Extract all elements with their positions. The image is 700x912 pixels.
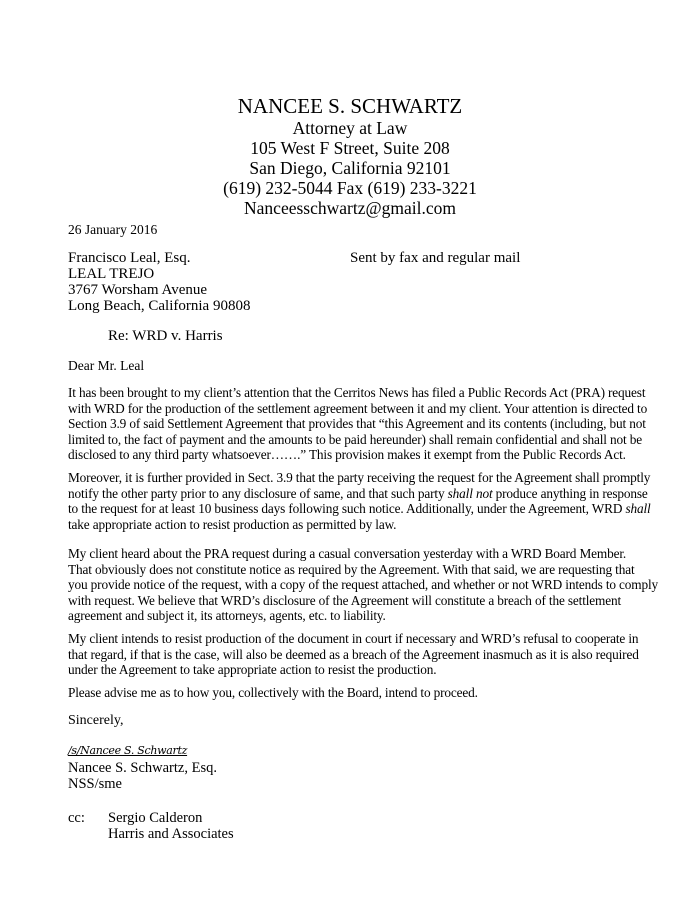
paragraph-line: take appropriate action to resist produc… (68, 517, 653, 533)
address-line-1: 105 West F Street, Suite 208 (0, 138, 700, 158)
paragraph-line: to the request for at least 10 business … (68, 501, 653, 517)
paragraph-line: agreement and subject it, its attorneys,… (68, 608, 653, 624)
paragraph-2: Moreover, it is further provided in Sect… (68, 470, 653, 532)
paragraph-line: My client intends to resist production o… (68, 631, 653, 647)
recipient-city: Long Beach, California 90808 (68, 298, 250, 314)
address-line-2: San Diego, California 92101 (0, 158, 700, 178)
paragraph-line: with request. We believe that WRD’s disc… (68, 593, 653, 609)
paragraph-line: Please advise me as to how you, collecti… (68, 685, 653, 701)
paragraph-line: that regard, if that is the case, will a… (68, 647, 653, 663)
letter-date: 26 January 2016 (68, 222, 157, 238)
text-run: notify the other party prior to any disc… (68, 486, 448, 501)
signature-block: Nancee S. Schwartz, Esq. NSS/sme (68, 760, 217, 792)
emphasis-shall-not: shall not (448, 486, 493, 501)
letterhead: NANCEE S. SCHWARTZ Attorney at Law 105 W… (0, 94, 700, 218)
cc-recipient: Harris and Associates (108, 826, 234, 842)
signature: /s/Nancee S. Schwartz (68, 744, 187, 757)
paragraph-1: It has been brought to my client’s atten… (68, 385, 653, 463)
paragraph-line: with WRD for the production of the settl… (68, 401, 653, 417)
closing: Sincerely, (68, 713, 123, 729)
paragraph-line: Section 3.9 of said Settlement Agreement… (68, 416, 653, 432)
phone-fax: (619) 232-5044 Fax (619) 233-3221 (0, 178, 700, 198)
recipient-address: Francisco Leal, Esq. LEAL TREJO 3767 Wor… (68, 250, 250, 314)
paragraph-line: under the Agreement to take appropriate … (68, 662, 653, 678)
paragraph-line: My client heard about the PRA request du… (68, 546, 653, 562)
paragraph-line: limited to, the fact of payment and the … (68, 432, 653, 448)
paragraph-5: Please advise me as to how you, collecti… (68, 685, 653, 701)
paragraph-line: Moreover, it is further provided in Sect… (68, 470, 653, 486)
delivery-method: Sent by fax and regular mail (350, 250, 520, 266)
text-run: to the request for at least 10 business … (68, 501, 625, 516)
email: Nanceesschwartz@gmail.com (0, 198, 700, 218)
cc-recipient: Sergio Calderon (108, 810, 234, 826)
cc-label: cc: (68, 810, 85, 827)
recipient-firm: LEAL TREJO (68, 266, 250, 282)
attorney-name: NANCEE S. SCHWARTZ (0, 94, 700, 118)
paragraph-line: disclosed to any third party whatsoever…… (68, 447, 653, 463)
recipient-street: 3767 Worsham Avenue (68, 282, 250, 298)
paragraph-3: My client heard about the PRA request du… (68, 546, 653, 624)
paragraph-line: That obviously does not constitute notic… (68, 562, 653, 578)
paragraph-line: It has been brought to my client’s atten… (68, 385, 653, 401)
recipient-name: Francisco Leal, Esq. (68, 250, 250, 266)
re-line: Re: WRD v. Harris (108, 328, 223, 345)
cc-list: Sergio Calderon Harris and Associates (108, 810, 234, 842)
attorney-title: Attorney at Law (0, 118, 700, 138)
paragraph-line: notify the other party prior to any disc… (68, 486, 653, 502)
text-run: produce anything in response (492, 486, 647, 501)
signer-name: Nancee S. Schwartz, Esq. (68, 760, 217, 776)
salutation: Dear Mr. Leal (68, 358, 144, 374)
emphasis-shall: shall (625, 501, 650, 516)
initials: NSS/sme (68, 776, 217, 792)
paragraph-4: My client intends to resist production o… (68, 631, 653, 678)
paragraph-line: you provide notice of the request, with … (68, 577, 653, 593)
